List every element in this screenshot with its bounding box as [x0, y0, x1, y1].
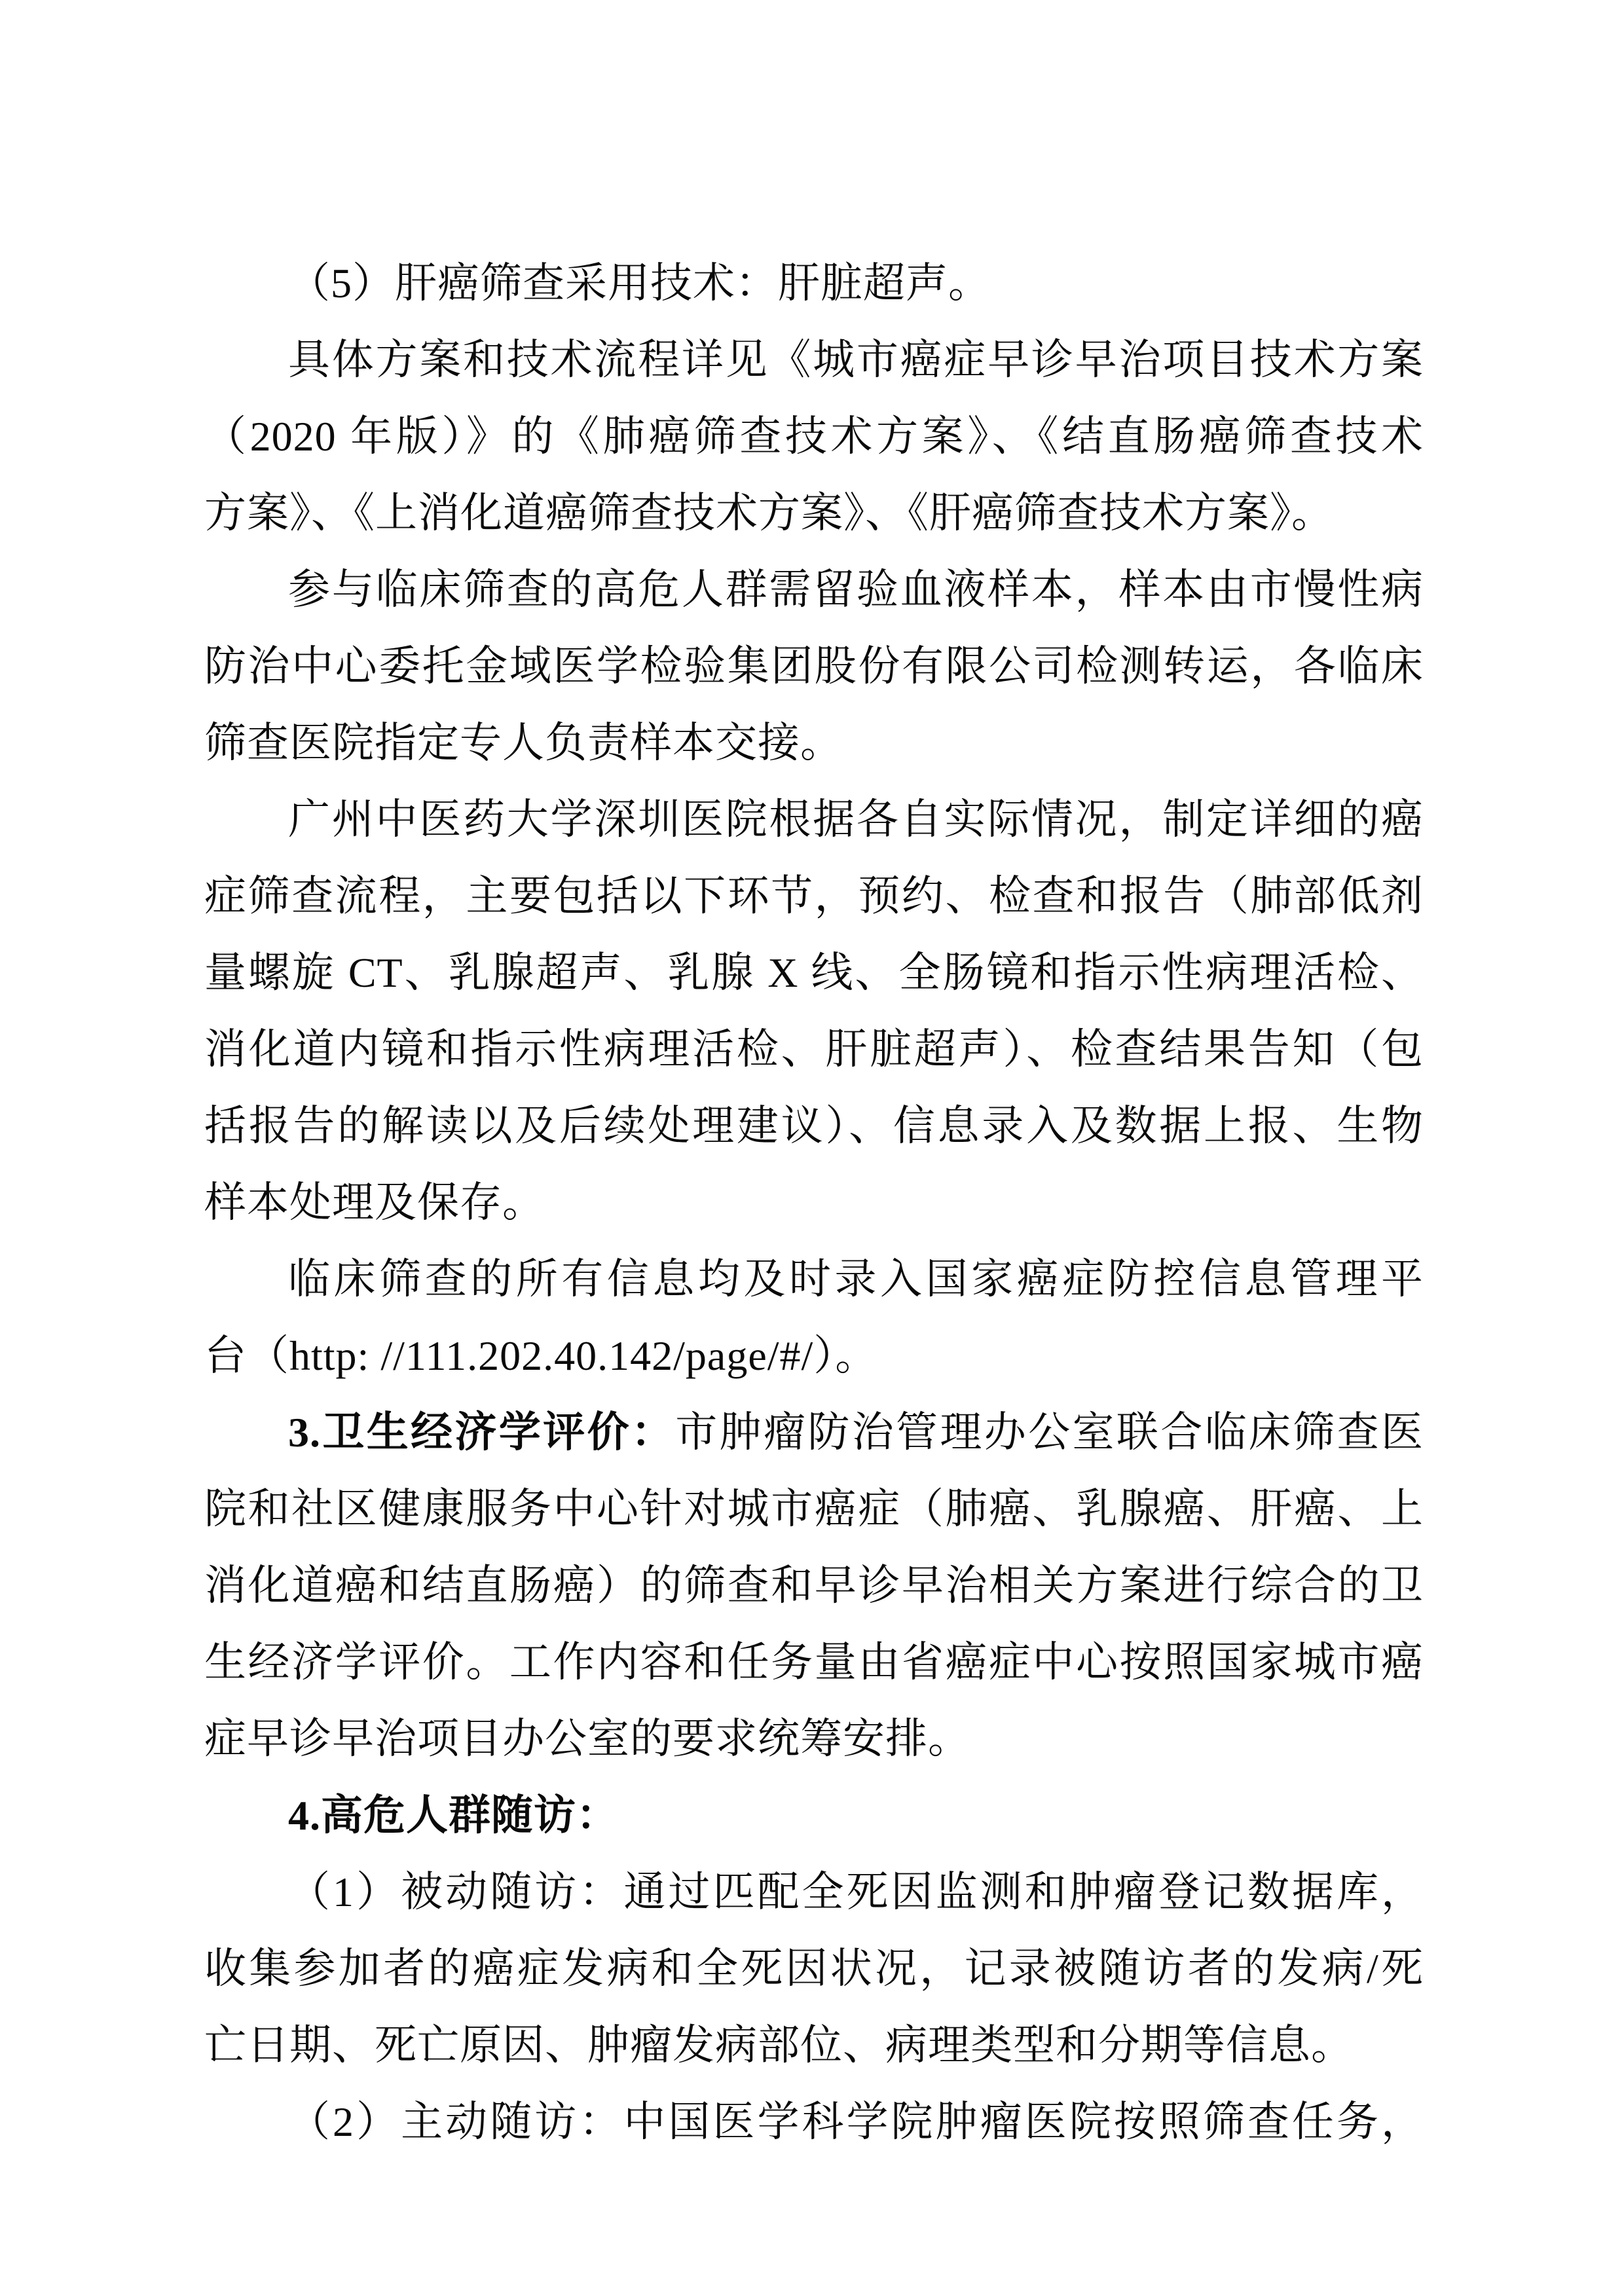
text-line: 筛查医院指定专人负责样本交接。 — [204, 705, 1424, 781]
text-line: 症早诊早治项目办公室的要求统筹安排。 — [204, 1700, 1424, 1777]
line-text: 症筛查流程，主要包括以下环节，预约、检查和报告（肺部低剂 — [204, 873, 1424, 919]
line-text: （2020 年版）》的《肺癌筛查技术方案》、《结直肠癌筛查技术 — [204, 413, 1424, 460]
line-text: 症早诊早治项目办公室的要求统筹安排。 — [204, 1716, 970, 1762]
document-text-block: （5）肝癌筛查采用技术：肝脏超声。 具体方案和技术流程详见《城市癌症早诊早治项目… — [204, 245, 1424, 2160]
text-line: （1）被动随访：通过匹配全死因监测和肿瘤登记数据库， — [204, 1854, 1424, 1930]
line-text: 临床筛查的所有信息均及时录入国家癌症防控信息管理平 — [288, 1256, 1424, 1302]
text-line: 括报告的解读以及后续处理建议）、信息录入及数据上报、生物 — [204, 1088, 1424, 1164]
text-line: 广州中医药大学深圳医院根据各自实际情况，制定详细的癌 — [204, 781, 1424, 858]
line-text: 样本处理及保存。 — [204, 1179, 545, 1226]
line-text: 收集参加者的癌症发病和全死因状况，记录被随访者的发病/死 — [204, 1945, 1424, 1992]
text-line-heading-4: 4.高危人群随访： — [204, 1777, 1424, 1854]
line-text: 消化道内镜和指示性病理活检、肝脏超声）、检查结果告知（包 — [204, 1026, 1424, 1073]
text-line: 防治中心委托金域医学检验集团股份有限公司检测转运，各临床 — [204, 628, 1424, 705]
line-text: 方案》、《上消化道癌筛查技术方案》、《肝癌筛查技术方案》。 — [204, 490, 1334, 536]
text-line: 临床筛查的所有信息均及时录入国家癌症防控信息管理平 — [204, 1241, 1424, 1317]
line-text: 括报告的解读以及后续处理建议）、信息录入及数据上报、生物 — [204, 1103, 1424, 1149]
heading-bold-text: 3.卫生经济学评价： — [288, 1409, 675, 1456]
line-text: 筛查医院指定专人负责样本交接。 — [204, 720, 843, 766]
heading-bold-text: 4.高危人群随访： — [288, 1792, 619, 1839]
text-line: （2）主动随访：中国医学科学院肿瘤医院按照筛查任务， — [204, 2084, 1424, 2160]
document-page: （5）肝癌筛查采用技术：肝脏超声。 具体方案和技术流程详见《城市癌症早诊早治项目… — [0, 0, 1624, 2295]
text-line: 症筛查流程，主要包括以下环节，预约、检查和报告（肺部低剂 — [204, 858, 1424, 934]
line-text: 台（http: //111.202.40.142/page/#/）。 — [204, 1332, 877, 1379]
text-line: 生经济学评价。工作内容和任务量由省癌症中心按照国家城市癌 — [204, 1624, 1424, 1700]
line-text: 防治中心委托金域医学检验集团股份有限公司检测转运，各临床 — [204, 643, 1424, 689]
text-line: 具体方案和技术流程详见《城市癌症早诊早治项目技术方案 — [204, 321, 1424, 398]
text-line: 量螺旋 CT、乳腺超声、乳腺 X 线、全肠镜和指示性病理活检、上 — [204, 934, 1424, 1011]
text-line: 样本处理及保存。 — [204, 1164, 1424, 1241]
text-line: 院和社区健康服务中心针对城市癌症（肺癌、乳腺癌、肝癌、上 — [204, 1471, 1424, 1547]
text-line: （2020 年版）》的《肺癌筛查技术方案》、《结直肠癌筛查技术 — [204, 398, 1424, 475]
text-line: 方案》、《上消化道癌筛查技术方案》、《肝癌筛查技术方案》。 — [204, 475, 1424, 551]
line-text: （5）肝癌筛查采用技术：肝脏超声。 — [288, 260, 991, 306]
line-text: 市肿瘤防治管理办公室联合临床筛查医 — [675, 1409, 1424, 1456]
text-line: 参与临床筛查的高危人群需留验血液样本，样本由市慢性病 — [204, 551, 1424, 628]
text-line: （5）肝癌筛查采用技术：肝脏超声。 — [204, 245, 1424, 321]
line-text: 参与临床筛查的高危人群需留验血液样本，样本由市慢性病 — [288, 566, 1424, 613]
text-line: 收集参加者的癌症发病和全死因状况，记录被随访者的发病/死 — [204, 1930, 1424, 2007]
text-line: 亡日期、死亡原因、肿瘤发病部位、病理类型和分期等信息。 — [204, 2007, 1424, 2084]
text-line-url: 台（http: //111.202.40.142/page/#/）。 — [204, 1317, 1424, 1394]
line-text: 广州中医药大学深圳医院根据各自实际情况，制定详细的癌 — [288, 796, 1424, 843]
text-line: 消化道内镜和指示性病理活检、肝脏超声）、检查结果告知（包 — [204, 1011, 1424, 1088]
line-text: 具体方案和技术流程详见《城市癌症早诊早治项目技术方案 — [288, 337, 1424, 383]
line-text: 消化道癌和结直肠癌）的筛查和早诊早治相关方案进行综合的卫 — [204, 1562, 1424, 1609]
line-text: 院和社区健康服务中心针对城市癌症（肺癌、乳腺癌、肝癌、上 — [204, 1486, 1424, 1532]
line-text: （1）被动随访：通过匹配全死因监测和肿瘤登记数据库， — [288, 1869, 1424, 1915]
text-line: 消化道癌和结直肠癌）的筛查和早诊早治相关方案进行综合的卫 — [204, 1547, 1424, 1624]
line-text: 生经济学评价。工作内容和任务量由省癌症中心按照国家城市癌 — [204, 1639, 1424, 1685]
line-text: 亡日期、死亡原因、肿瘤发病部位、病理类型和分期等信息。 — [204, 2022, 1354, 2068]
text-line-heading-3: 3.卫生经济学评价：市肿瘤防治管理办公室联合临床筛查医 — [204, 1394, 1424, 1471]
line-text: 量螺旋 CT、乳腺超声、乳腺 X 线、全肠镜和指示性病理活检、上 — [204, 949, 1424, 1011]
line-text: （2）主动随访：中国医学科学院肿瘤医院按照筛查任务， — [288, 2099, 1424, 2145]
